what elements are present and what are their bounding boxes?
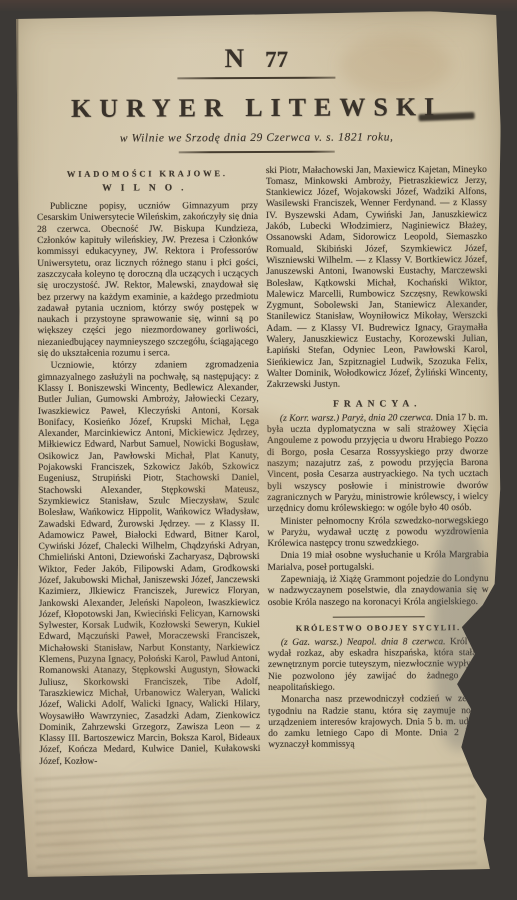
article-paragraph: Minister pełnomocny Króla szwedzko-norwe… — [267, 515, 488, 550]
newspaper-title: KURYER LITEWSKI — [10, 92, 502, 124]
left-column: WIADOMOŚCI KRAJOWE. WILNO. Publiczne pop… — [37, 166, 261, 768]
dateline: w Wilnie we Srzodę dnia 29 Czerwca v. s.… — [11, 131, 503, 145]
ink-bleed-through — [34, 762, 476, 877]
right-column: ski Piotr, Małachowski Jan, Maxiewicz Ka… — [266, 165, 490, 767]
section-heading-sycylia: KRÓLESTWO OBOJEY SYCYLII. — [268, 622, 489, 634]
source-dateline: (z Gaz. warsz.) Neapol. dnia 8 czerwca. — [281, 637, 446, 648]
section-heading-francya: FRANCYA. — [267, 399, 488, 411]
article-paragraph: (z Korr. warsz.) Paryż, dnia 20 czerwca.… — [267, 413, 488, 516]
source-dateline: (z Korr. warsz.) Paryż, dnia 20 czerwca. — [280, 413, 433, 424]
city-heading-wilno: WILNO. — [37, 183, 258, 195]
section-divider — [332, 616, 424, 618]
newspaper-page: N 77 KURYER LITEWSKI w Wilnie we Srzodę … — [10, 9, 506, 877]
masthead: N 77 KURYER LITEWSKI w Wilnie we Srzodę … — [10, 42, 502, 154]
dateline-divider — [179, 151, 335, 153]
article-paragraph-continuation: ski Piotr, Małachowski Jan, Maxiewicz Ka… — [266, 165, 488, 392]
issue-number: N 77 — [10, 42, 502, 75]
article-paragraph: Zapewniają, iż Xiążę Grammont pojedzie d… — [268, 574, 489, 609]
article-paragraph: Dnia 19 miał osobne wysłuchanie u Króla … — [267, 550, 488, 574]
article-paragraph: (z Gaz. warsz.) Neapol. dnia 8 czerwca. … — [268, 637, 489, 694]
article-paragraph: Publiczne popisy, uczniów Gimnazyum przy… — [37, 201, 259, 360]
issue-divider — [177, 77, 335, 80]
issue-label: N — [225, 43, 246, 74]
section-heading-krajowe: WIADOMOŚCI KRAJOWE. — [37, 168, 258, 180]
paragraph-text: Dnia 17 b. m. była uczta dyplomatyczna w… — [267, 413, 488, 514]
text-columns: WIADOMOŚCI KRAJOWE. WILNO. Publiczne pop… — [11, 165, 506, 769]
article-paragraph: Uczniowie, którzy zdaniem zgromadzenia g… — [38, 360, 261, 768]
article-paragraph: Monarcha nasz przewodniczył codzień w ze… — [268, 694, 489, 751]
issue-value: 77 — [265, 47, 288, 73]
scan-background: N 77 KURYER LITEWSKI w Wilnie we Srzodę … — [0, 0, 517, 900]
